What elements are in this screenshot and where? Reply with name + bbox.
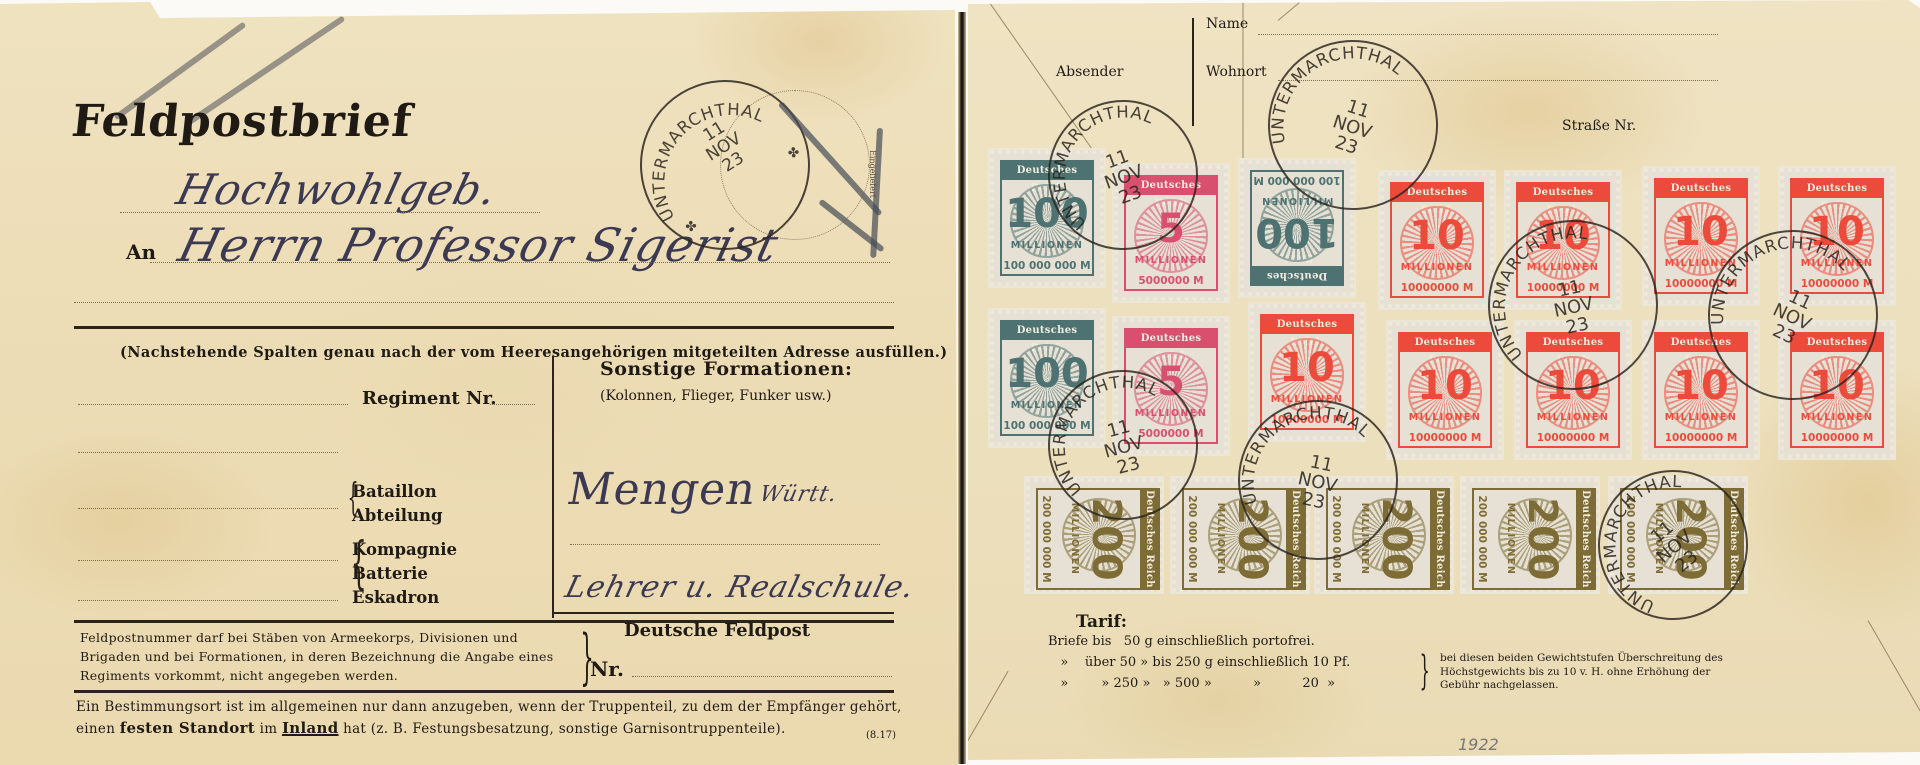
handwritten-salutation: Hochwohlgeb. bbox=[172, 165, 502, 214]
stamp-face-value: 10000000 M bbox=[1384, 282, 1490, 294]
other-formations-title: Sonstige Formationen: bbox=[600, 358, 852, 380]
cancellation-postmark: UNTERMARCHTHAL11NOV23 bbox=[1567, 439, 1778, 650]
unit-label-bataillon: Bataillon bbox=[352, 482, 437, 501]
footer-text-part: hat (z. B. Festungsbesatzung, sonstige G… bbox=[339, 721, 786, 737]
handwritten-region: Württ. bbox=[757, 482, 839, 507]
pencil-year-annotation: 1922 bbox=[1458, 735, 1499, 754]
other-formations-subtitle: (Kolonnen, Flieger, Funker usw.) bbox=[600, 388, 831, 404]
stamp-unit: MILLIONEN bbox=[1118, 255, 1224, 266]
stamp-header: Deutsches Reich bbox=[1792, 180, 1882, 198]
form-line bbox=[78, 600, 338, 601]
form-title: Feldpostbrief bbox=[69, 96, 414, 147]
address-prefix: An bbox=[126, 240, 156, 264]
stamp-header: Deutsches Reich bbox=[1430, 490, 1448, 588]
bracket: } bbox=[1420, 648, 1430, 694]
stamp-unit: MILLIONEN bbox=[1215, 482, 1226, 596]
form-line bbox=[490, 404, 535, 405]
unit-label-kompagnie: Kompagnie bbox=[352, 540, 457, 559]
form-line bbox=[78, 560, 338, 561]
stamp-unit: MILLIONEN bbox=[1648, 412, 1754, 423]
stamp-header: Deutsches Reich bbox=[1400, 334, 1490, 352]
sender-residence-label: Wohnort bbox=[1206, 64, 1267, 80]
footer-emphasis: festen Standort bbox=[120, 719, 255, 737]
unit-label-eskadron: Eskadron bbox=[352, 588, 439, 607]
regiment-label: Regiment Nr. bbox=[362, 388, 497, 409]
handwritten-detail: Lehrer u. Realschule. bbox=[562, 570, 919, 605]
envelope-back: Name Absender Wohnort Straße Nr. Deutsch… bbox=[968, 0, 1920, 765]
address-line bbox=[150, 262, 890, 263]
svg-text:✤: ✤ bbox=[787, 145, 800, 162]
handwritten-place: Mengen bbox=[564, 464, 761, 515]
stamp-face-value: 5000000 M bbox=[1118, 275, 1224, 287]
sender-bracket bbox=[1192, 18, 1194, 126]
tariff-note: bei diesen beiden Gewichtstufen Überschr… bbox=[1440, 652, 1730, 693]
svg-text:✤: ✤ bbox=[685, 219, 698, 236]
unit-label-abteilung: Abteilung bbox=[352, 506, 443, 525]
footer-instruction: Ein Bestimmungsort ist im allgemeinen nu… bbox=[76, 697, 906, 740]
column-divider bbox=[552, 356, 554, 618]
stamp-value: 100 bbox=[1244, 212, 1350, 252]
tariff-title: Tarif: bbox=[1076, 612, 1127, 632]
stamp-value: 10 bbox=[1254, 348, 1360, 388]
sender-name-label: Name bbox=[1206, 16, 1248, 32]
form-line bbox=[570, 544, 880, 545]
unit-label-batterie: Batterie bbox=[352, 564, 428, 583]
envelope-front: Feldpostbrief Hochwohlgeb. An Herrn Prof… bbox=[0, 0, 960, 765]
fieldpost-note: Feldpostnummer darf bei Stäben von Armee… bbox=[80, 628, 580, 685]
stamp-header: Deutsches Reich bbox=[1252, 266, 1342, 284]
stamp-unit: MILLIONEN bbox=[1520, 412, 1626, 423]
stamp-header: Deutsches Reich bbox=[1126, 330, 1216, 348]
stamp-header: Deutsches Reich bbox=[1262, 316, 1352, 334]
form-line bbox=[78, 404, 348, 405]
form-number: (8.17) bbox=[866, 730, 896, 741]
fieldpost-number-label: Nr. bbox=[590, 657, 624, 681]
footer-text-part: im bbox=[255, 721, 282, 737]
stamp-face-value: 10000000 M bbox=[1520, 432, 1626, 444]
form-line bbox=[78, 508, 338, 509]
tariff-row: » über 50 » bis 250 g einschließlich 10 … bbox=[1048, 655, 1350, 670]
stamp-header: Deutsches Reich bbox=[1656, 180, 1746, 198]
form-line bbox=[78, 452, 338, 453]
form-line bbox=[554, 612, 894, 614]
stamp-value: 200 bbox=[1522, 482, 1562, 596]
address-line bbox=[74, 302, 894, 303]
stamp-header: Deutsches Reich bbox=[1002, 322, 1092, 340]
postmark: UNTERMARCHTHAL ✤ ✤ 11 NOV 23 bbox=[634, 74, 815, 255]
stamp-face-value: 200 000 000 M bbox=[1476, 482, 1488, 596]
flap-edge bbox=[968, 671, 1008, 741]
flap-edge bbox=[1868, 620, 1920, 724]
sender-street-label: Straße Nr. bbox=[1562, 118, 1636, 134]
fieldpost-title: Deutsche Feldpost bbox=[624, 620, 810, 641]
stamp-face-value: 10000000 M bbox=[1648, 432, 1754, 444]
address-line bbox=[120, 212, 540, 213]
stamp-value: 10 bbox=[1392, 366, 1498, 406]
section-divider bbox=[74, 690, 894, 693]
center-fold bbox=[958, 12, 966, 764]
flap-edge bbox=[1278, 0, 1394, 21]
tariff-row: » » 250 » » 500 » » 20 » bbox=[1048, 676, 1335, 691]
stamp-header: Deutsches Reich bbox=[1518, 184, 1608, 202]
stamp-face-value: 200 000 000 M bbox=[1040, 482, 1052, 596]
sender-label: Absender bbox=[1056, 64, 1124, 80]
stamp-unit: MILLIONEN bbox=[1505, 482, 1516, 596]
tariff-row: Briefe bis 50 g einschließlich portofrei… bbox=[1048, 634, 1315, 649]
section-divider bbox=[74, 326, 894, 329]
stamp-face-value: 10000000 M bbox=[1784, 432, 1890, 444]
footer-emphasis: Inland bbox=[282, 719, 339, 737]
stamp-unit: MILLIONEN bbox=[1384, 262, 1490, 273]
form-line bbox=[632, 676, 892, 677]
stamp-face-value: 10000000 M bbox=[1392, 432, 1498, 444]
